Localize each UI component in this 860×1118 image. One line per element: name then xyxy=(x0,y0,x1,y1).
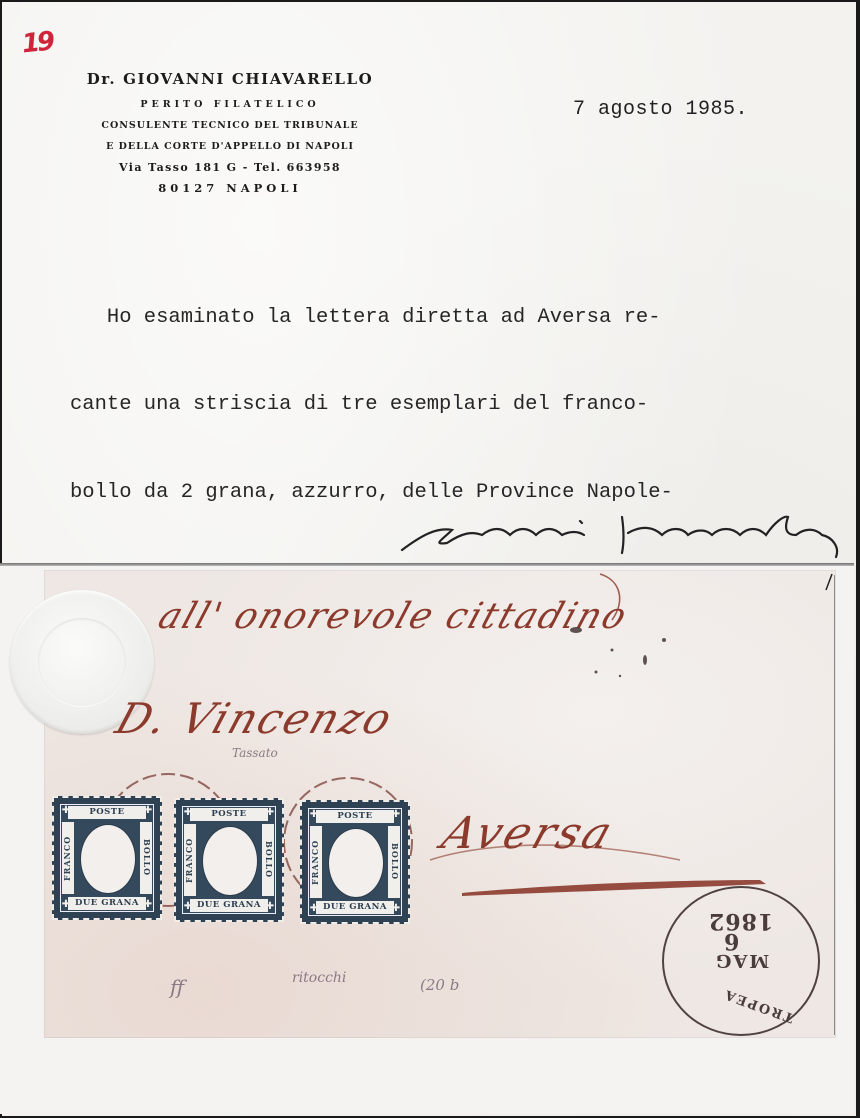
letterhead-title: PERITO FILATELICO xyxy=(80,94,380,115)
stamp-bottom-label: DUE GRANA xyxy=(68,897,146,910)
certificate-date: 7 agosto 1985. xyxy=(573,98,748,121)
stamp-bottom-label: DUE GRANA xyxy=(190,899,268,912)
signature xyxy=(392,505,852,565)
stamp-right-label: BOLLO xyxy=(262,824,274,896)
body-line: Ho esaminato la lettera diretta ad Avers… xyxy=(70,303,850,332)
stamp: ✚ ✚ ✚ ✚ POSTE FRANCO BOLLO DUE GRANA xyxy=(174,798,284,922)
pencil-note-code: (20 b xyxy=(420,976,459,994)
stamp-oval xyxy=(202,826,258,896)
stamp-strip: ✚ ✚ ✚ ✚ POSTE FRANCO BOLLO DUE GRANA ✚ ✚… xyxy=(52,796,412,924)
postmark-month: MAG xyxy=(714,950,769,971)
letterhead-role-2: E DELLA CORTE D'APPELLO DI NAPOLI xyxy=(80,136,380,157)
pencil-note-ritocchi: ritocchi xyxy=(292,970,346,986)
body-line: bollo da 2 grana, azzurro, delle Provinc… xyxy=(70,478,850,507)
postmark-year: 1862 xyxy=(708,908,773,934)
stamp-left-label: FRANCO xyxy=(62,822,74,894)
photo-edge xyxy=(834,575,835,1035)
postmark-town: TROPEA xyxy=(722,986,796,1025)
stamp-right-label: BOLLO xyxy=(140,822,152,894)
stamp-top-label: POSTE xyxy=(68,806,146,819)
tropea-postmark: 1862 6 MAG TROPEA xyxy=(662,886,820,1036)
embossed-seal-center xyxy=(38,618,126,706)
pencil-note-tassato: Tassato xyxy=(232,746,278,760)
stamp: ✚ ✚ ✚ ✚ POSTE FRANCO BOLLO DUE GRANA xyxy=(52,796,162,920)
letterhead-address: Via Tasso 181 G - Tel. 663958 xyxy=(80,157,380,178)
stamp: ✚ ✚ ✚ ✚ POSTE FRANCO BOLLO DUE GRANA xyxy=(300,800,410,924)
destination-aversa: Aversa xyxy=(436,808,621,859)
pencil-note-ff: ff xyxy=(170,975,184,999)
stamp-top-label: POSTE xyxy=(316,810,394,823)
stamp-right-label: BOLLO xyxy=(388,826,400,898)
letterhead-city: 80127 NAPOLI xyxy=(80,178,380,199)
stamp-oval xyxy=(328,828,384,898)
body-line: cante una striscia di tre esemplari del … xyxy=(70,390,850,419)
address-line-2: D. Vincenzo xyxy=(110,694,400,743)
stamp-oval xyxy=(80,824,136,894)
stamp-left-label: FRANCO xyxy=(310,826,322,898)
letterhead-role-1: CONSULENTE TECNICO DEL TRIBUNALE xyxy=(80,115,380,136)
address-line-1: all' onorevole cittadino xyxy=(153,596,633,637)
reference-mark: 19 xyxy=(21,27,54,60)
letterhead: Dr. GIOVANNI CHIAVARELLO PERITO FILATELI… xyxy=(80,70,380,199)
stamp-top-label: POSTE xyxy=(190,808,268,821)
letterhead-name: Dr. GIOVANNI CHIAVARELLO xyxy=(80,70,380,88)
stamp-bottom-label: DUE GRANA xyxy=(316,901,394,914)
stamp-left-label: FRANCO xyxy=(184,824,196,896)
